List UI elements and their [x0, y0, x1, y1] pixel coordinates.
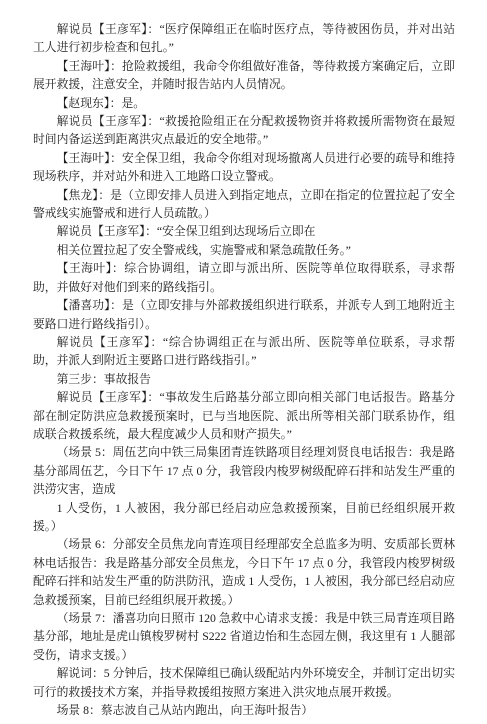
document-paragraph: （场景 6：分部安全员焦龙向青连项目经理部安全总监多为明、安质部长贾林林电话报告… [33, 535, 455, 609]
document-paragraph: （场景 7：潘喜功向日照市 120 急救中心请求支援：我是中铁三局青连项目路基分… [33, 609, 455, 664]
document-paragraph: 解说员【王彦军】：“事故发生后路基分部立即向相关部门电话报告。路基分部在制定防洪… [33, 388, 455, 443]
document-paragraph: 1 人受伤，1 人被困，我分部已经启动应急救援预案，目前已经组织展开救援。） [33, 499, 455, 536]
document-paragraph: 解说员【王彦军】：“安全保卫组到达现场后立即在 [33, 222, 455, 240]
document-paragraph: 【王海叶】：抢险救援组，我命令你组做好准备，等待救援方案确定后，立即展开救援，注… [33, 57, 455, 94]
document-paragraph: 解说员【王彦军】：“救援抢险组正在分配救援物资并将救援所需物资在最短时间内备运送… [33, 112, 455, 149]
document-page: 解说员【王彦军】：“医疗保障组正在临时医疗点，等待被困伤员，并对出站工人进行初步… [0, 0, 487, 724]
document-paragraph: 【王海叶】：安全保卫组，我命令你组对现场撤离人员进行必要的疏导和维持现场秩序，并… [33, 149, 455, 186]
document-paragraph: 【赵现东】：是。 [33, 94, 455, 112]
document-paragraph: 解说员【王彦军】：“医疗保障组正在临时医疗点，等待被困伤员，并对出站工人进行初步… [33, 20, 455, 57]
document-paragraph: 【焦龙】：是（立即安排人员进入到指定地点，立即在指定的位置拉起了安全警戒线实施警… [33, 186, 455, 223]
document-body: 解说员【王彦军】：“医疗保障组正在临时医疗点，等待被困伤员，并对出站工人进行初步… [33, 20, 455, 719]
document-paragraph: 【王海叶】：综合协调组，请立即与派出所、医院等单位取得联系，寻求帮助，并做好对他… [33, 259, 455, 296]
document-paragraph: 相关位置拉起了安全警戒线，实施警戒和紧急疏散任务。” [33, 241, 455, 259]
document-paragraph: 场景 8：蔡志波自己从站内跑出，向王海叶报告） [33, 701, 455, 719]
document-paragraph: 【潘喜功】：是（立即安排与外部救援组织进行联系，并派专人到工地附近主要路口进行路… [33, 296, 455, 333]
document-paragraph: （场景 5：周伍艺向中铁三局集团青连铁路项目经理刘贤良电话报告：我是路基分部周伍… [33, 443, 455, 498]
document-paragraph: 解说员【王彦军】：“综合协调组正在与派出所、医院等单位联系，寻求帮助，并派人到附… [33, 333, 455, 370]
document-paragraph: 解说词：5 分钟后，技术保障组已确认级配站内外环境安全，并制订定出切实可行的救援… [33, 664, 455, 701]
document-paragraph: 第三步：事故报告 [33, 370, 455, 388]
